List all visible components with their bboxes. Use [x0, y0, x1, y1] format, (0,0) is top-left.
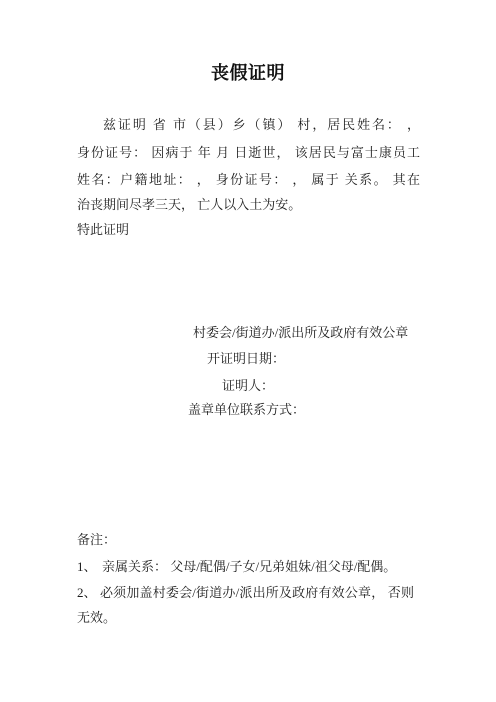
contact-info-label: 盖章单位联系方式： — [188, 400, 305, 420]
body-line-2: 身份证号： 因病于 年 月 日逝世， 该居民与富士康员工 — [77, 143, 420, 163]
issue-date-label: 开证明日期： — [207, 349, 285, 369]
document-title: 丧假证明 — [0, 62, 496, 86]
document-page: 丧假证明 兹证明 省 市（县）乡（镇） 村，居民姓名： ， 身份证号： 因病于 … — [0, 0, 496, 702]
note-1-number: 1、 — [77, 557, 97, 577]
note-2-text: 必须加盖村委会/街道办/派出所及政府有效公章， 否则 — [100, 583, 414, 603]
note-2-number: 2、 — [77, 583, 97, 603]
body-line-4: 治丧期间尽孝三天， 亡人以入土为安。 — [77, 195, 301, 215]
body-line-1: 兹证明 省 市（县）乡（镇） 村，居民姓名： ， — [103, 115, 420, 135]
notes-label: 备注： — [77, 530, 116, 550]
note-1-text: 亲属关系： 父母/配偶/子女/兄弟姐妹/祖父母/配偶。 — [102, 557, 396, 577]
certifier-label: 证明人： — [222, 376, 274, 396]
official-seal-label: 村委会/街道办/派出所及政府有效公章 — [193, 323, 408, 343]
body-line-3: 姓名：户籍地址： ， 身份证号： ， 属于 关系。 其在 — [77, 170, 420, 190]
note-2-continuation: 无效。 — [77, 608, 116, 628]
closing-phrase: 特此证明 — [77, 220, 129, 240]
